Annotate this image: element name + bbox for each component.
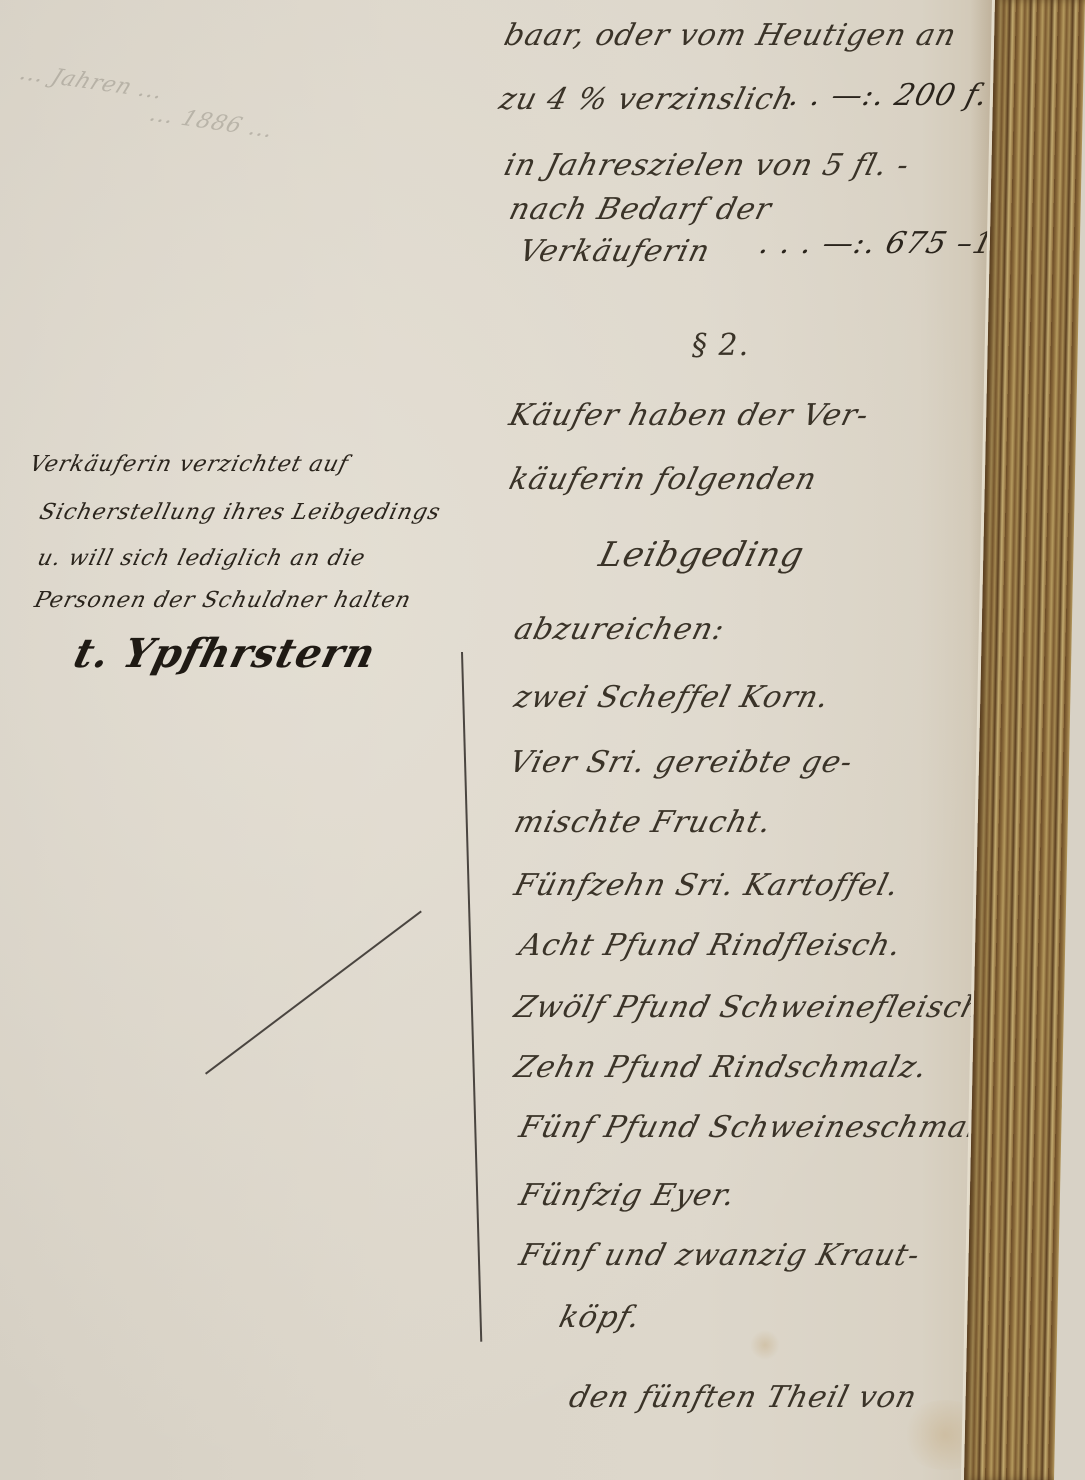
text-line: Fünf und zwanzig Kraut-	[516, 1238, 924, 1273]
text-line: den fünften Theil von	[566, 1380, 921, 1415]
margin-line: Personen der Schuldner halten	[32, 588, 414, 613]
margin-line: u. will sich lediglich an die	[35, 546, 368, 571]
text-line: Käufer haben der Ver-	[506, 398, 873, 433]
signature: t. Ypfhrstern	[69, 630, 381, 677]
text-line: Verkäuferin	[516, 234, 714, 269]
text-line: abzureichen:	[511, 612, 729, 647]
paper-stain	[750, 1330, 780, 1360]
text-line: Zehn Pfund Rindschmalz.	[511, 1050, 932, 1085]
section-heading: § 2.	[692, 328, 749, 363]
text-line: in Jahreszielen von 5 fl. -	[501, 148, 914, 183]
pencil-diagonal-stroke	[205, 911, 422, 1075]
text-line: zu 4 % verzinslich	[496, 82, 799, 117]
text-line: Vier Sri. gereibte ge-	[506, 745, 857, 780]
margin-line: Verkäuferin verzichtet auf	[27, 452, 351, 477]
text-line: käuferin folgenden	[506, 462, 821, 497]
margin-line: Sicherstellung ihres Leibgedings	[37, 500, 444, 525]
text-line: Fünfzehn Sri. Kartoffel.	[511, 868, 903, 903]
text-line-leibgeding: Leibgeding	[595, 535, 809, 575]
text-line: köpf.	[556, 1300, 645, 1335]
text-line: Fünf Pfund Schweineschmalz.	[516, 1110, 1010, 1145]
amount-200: . . —:. 200 f. –	[786, 78, 1019, 113]
text-line: baar, oder vom Heutigen an	[501, 18, 961, 53]
faint-text-line: ... 1886 ...	[146, 102, 278, 143]
text-line: Acht Pfund Rindfleisch.	[516, 928, 906, 963]
document-page: ... Jahren ... ... 1886 ... baar, oder v…	[0, 0, 1000, 1480]
text-line: Fünfzig Eyer.	[516, 1178, 740, 1213]
text-line: Zwölf Pfund Schweinefleisch.	[511, 990, 997, 1025]
faint-text-line: ... Jahren ...	[16, 61, 168, 105]
text-line: mischte Frucht.	[511, 805, 776, 840]
pencil-vertical-line	[461, 652, 482, 1342]
text-line: zwei Scheffel Korn.	[511, 680, 833, 715]
text-line: nach Bedarf der	[506, 192, 776, 227]
